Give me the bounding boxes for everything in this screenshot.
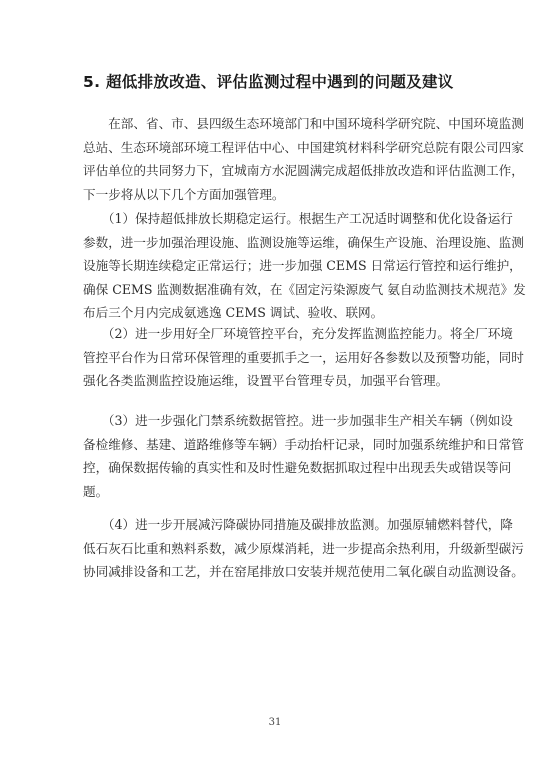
paragraph-line: 强化各类监测监控设施运维，设置平台管理专员，加强平台管理。: [83, 369, 473, 393]
document-page: 5. 超低排放改造、评估监测过程中遇到的问题及建议 在部、省、市、县四级生态环境…: [0, 0, 550, 778]
paragraph-line: 协同减排设备和工艺，并在窑尾排放口安装并规范使用二氧化碳自动监测设备。: [83, 560, 473, 584]
paragraph-line: 备检维修、基建、道路维修等车辆）手动抬杆记录，同时加强系统维护和日常管: [83, 433, 473, 457]
paragraph-line: 管控平台作为日常环保管理的重要抓手之一，运用好各参数以及预警功能，同时: [83, 346, 473, 370]
paragraph-line: 设施等长期连续稳定正常运行；进一步加强 CEMS 日常运行管控和运行维护，: [83, 254, 473, 278]
paragraph-line: 参数，进一步加强治理设施、监测设施等运维，确保生产设施、治理设施、监测: [83, 231, 473, 255]
paragraph-line: （4）进一步开展减污降碳协同措施及碳排放监测。加强原辅燃料替代，降: [83, 513, 473, 537]
item-4-paragraph: （4）进一步开展减污降碳协同措施及碳排放监测。加强原辅燃料替代，降 低石灰石比重…: [83, 513, 473, 584]
paragraph-line: 低石灰石比重和熟料系数，减少原煤消耗，进一步提高余热利用，升级新型碳污: [83, 537, 473, 561]
item-3-paragraph: （3）进一步强化门禁系统数据管控。进一步加强非生产相关车辆（例如设 备检维修、基…: [83, 409, 473, 503]
paragraph-line: 评估单位的共同努力下，宜城南方水泥圆满完成超低排放改造和评估监测工作，: [83, 159, 473, 183]
paragraph-line: 在部、省、市、县四级生态环境部门和中国环境科学研究院、中国环境监测: [83, 112, 473, 136]
intro-paragraph: 在部、省、市、县四级生态环境部门和中国环境科学研究院、中国环境监测 总站、生态环…: [83, 112, 473, 206]
item-1-paragraph: （1）保持超低排放长期稳定运行。根据生产工况适时调整和优化设备运行 参数，进一步…: [83, 207, 473, 325]
paragraph-line: 总站、生态环境部环境工程评估中心、中国建筑材料科学研究总院有限公司四家: [83, 136, 473, 160]
paragraph-line: 题。: [83, 480, 473, 504]
paragraph-line: 确保 CEMS 监测数据准确有效，在《固定污染源废气 氨自动监测技术规范》发: [83, 278, 473, 302]
paragraph-line: 下一步将从以下几个方面加强管理。: [83, 183, 473, 207]
paragraph-line: （2）进一步用好全厂环境管控平台，充分发挥监测监控能力。将全厂环境: [83, 322, 473, 346]
page-number: 31: [0, 717, 550, 728]
paragraph-line: （1）保持超低排放长期稳定运行。根据生产工况适时调整和优化设备运行: [83, 207, 473, 231]
paragraph-line: 控，确保数据传输的真实性和及时性避免数据抓取过程中出现丢失或错误等问: [83, 456, 473, 480]
paragraph-line: （3）进一步强化门禁系统数据管控。进一步加强非生产相关车辆（例如设: [83, 409, 473, 433]
item-2-paragraph: （2）进一步用好全厂环境管控平台，充分发挥监测监控能力。将全厂环境 管控平台作为…: [83, 322, 473, 393]
section-heading: 5. 超低排放改造、评估监测过程中遇到的问题及建议: [83, 70, 503, 92]
